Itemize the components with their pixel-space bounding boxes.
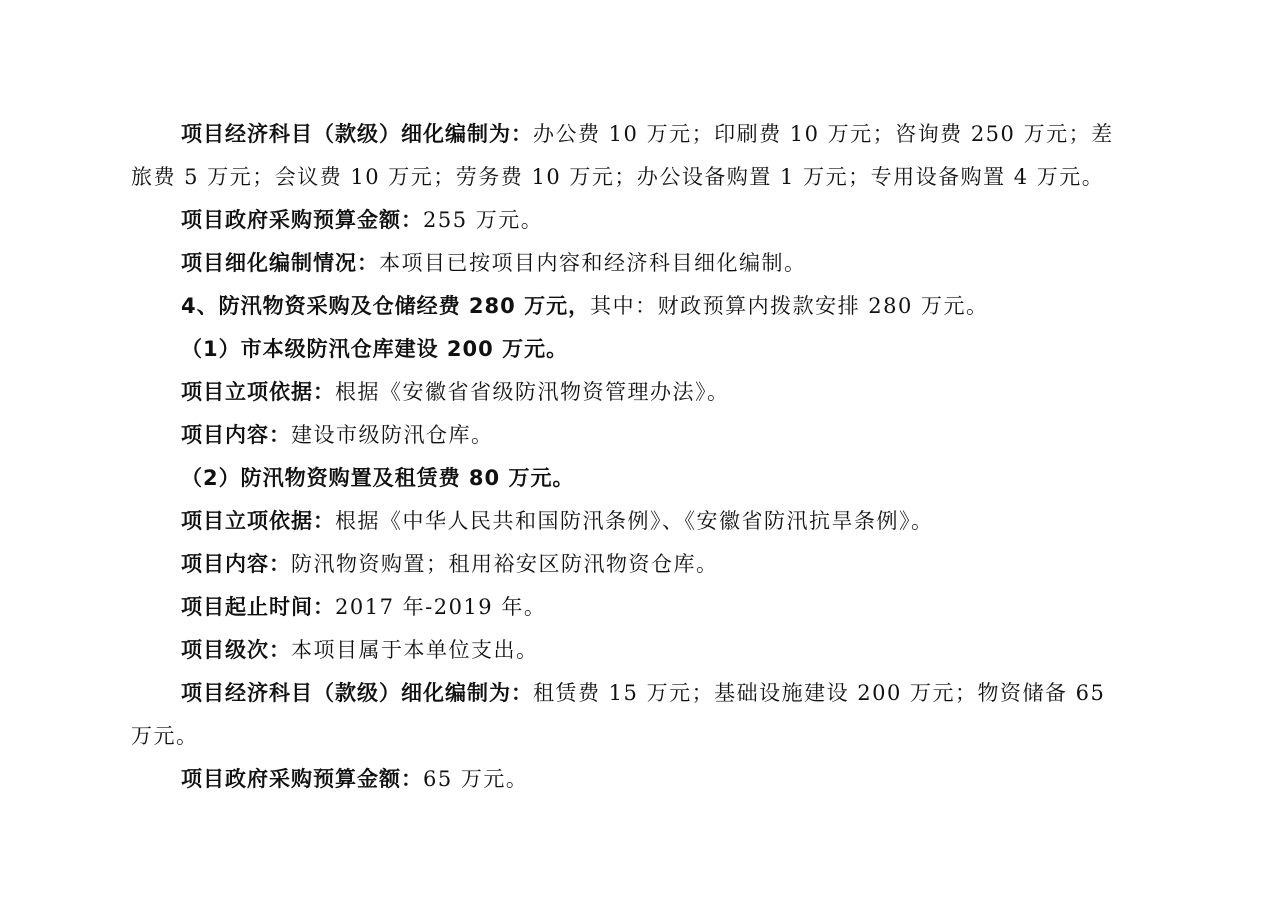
subsection-heading: （1）市本级防汛仓库建设 200 万元。 bbox=[181, 337, 568, 361]
basis-paragraph-2: 项目立项依据：根据《中华人民共和国防汛条例》、《安徽省防汛抗旱条例》。 bbox=[181, 506, 934, 536]
section-heading: 4、防汛物资采购及仓储经费 280 万元， bbox=[181, 294, 590, 318]
subsection-heading: （2）防汛物资购置及租赁费 80 万元。 bbox=[181, 466, 574, 490]
detail-status-paragraph: 项目细化编制情况：本项目已按项目内容和经济科目细化编制。 bbox=[181, 248, 807, 278]
paragraph-text: 防汛物资购置；租用裕安区防汛物资仓库。 bbox=[291, 552, 719, 576]
economic-items-paragraph-2-line-1: 项目经济科目（款级）细化编制为：租赁费 15 万元；基础设施建设 200 万元；… bbox=[181, 678, 1105, 708]
paragraph-text: 办公费 10 万元；印刷费 10 万元；咨询费 250 万元；差 bbox=[533, 122, 1114, 146]
period-paragraph: 项目起止时间：2017 年-2019 年。 bbox=[181, 592, 546, 622]
paragraph-text: 其中：财政预算内拨款安排 280 万元。 bbox=[590, 294, 988, 318]
paragraph-text: 万元。 bbox=[131, 724, 199, 748]
paragraph-text: 建设市级防汛仓库。 bbox=[291, 423, 494, 447]
paragraph-label: 项目细化编制情况： bbox=[181, 251, 379, 275]
paragraph-label: 项目内容： bbox=[181, 552, 291, 576]
paragraph-label: 项目立项依据： bbox=[181, 509, 335, 533]
paragraph-label: 项目级次： bbox=[181, 638, 291, 662]
procurement-budget-paragraph-2: 项目政府采购预算金额：65 万元。 bbox=[181, 764, 528, 794]
paragraph-text: 旅费 5 万元；会议费 10 万元；劳务费 10 万元；办公设备购置 1 万元；… bbox=[131, 165, 1104, 189]
subsection-1-heading: （1）市本级防汛仓库建设 200 万元。 bbox=[181, 334, 568, 364]
paragraph-text: 本项目属于本单位支出。 bbox=[291, 638, 539, 662]
paragraph-text: 255 万元。 bbox=[423, 208, 543, 232]
paragraph-text: 根据《中华人民共和国防汛条例》、《安徽省防汛抗旱条例》。 bbox=[335, 509, 934, 533]
paragraph-label: 项目起止时间： bbox=[181, 595, 335, 619]
level-paragraph: 项目级次：本项目属于本单位支出。 bbox=[181, 635, 539, 665]
content-paragraph-1: 项目内容：建设市级防汛仓库。 bbox=[181, 420, 494, 450]
paragraph-text: 本项目已按项目内容和经济科目细化编制。 bbox=[379, 251, 807, 275]
document-page: 项目经济科目（款级）细化编制为：办公费 10 万元；印刷费 10 万元；咨询费 … bbox=[0, 0, 1280, 905]
subsection-2-heading: （2）防汛物资购置及租赁费 80 万元。 bbox=[181, 463, 574, 493]
economic-items-paragraph-1-line-2: 旅费 5 万元；会议费 10 万元；劳务费 10 万元；办公设备购置 1 万元；… bbox=[131, 162, 1104, 192]
paragraph-label: 项目政府采购预算金额： bbox=[181, 767, 423, 791]
content-paragraph-2: 项目内容：防汛物资购置；租用裕安区防汛物资仓库。 bbox=[181, 549, 719, 579]
paragraph-text: 2017 年-2019 年。 bbox=[335, 595, 546, 619]
basis-paragraph-1: 项目立项依据：根据《安徽省省级防汛物资管理办法》。 bbox=[181, 377, 730, 407]
economic-items-paragraph-1-line-1: 项目经济科目（款级）细化编制为：办公费 10 万元；印刷费 10 万元；咨询费 … bbox=[181, 119, 1114, 149]
economic-items-paragraph-2-line-2: 万元。 bbox=[131, 721, 199, 751]
procurement-budget-paragraph-1: 项目政府采购预算金额：255 万元。 bbox=[181, 205, 543, 235]
paragraph-label: 项目立项依据： bbox=[181, 380, 335, 404]
paragraph-label: 项目内容： bbox=[181, 423, 291, 447]
paragraph-text: 根据《安徽省省级防汛物资管理办法》。 bbox=[335, 380, 730, 404]
paragraph-label: 项目经济科目（款级）细化编制为： bbox=[181, 681, 533, 705]
paragraph-label: 项目经济科目（款级）细化编制为： bbox=[181, 122, 533, 146]
section-4-heading: 4、防汛物资采购及仓储经费 280 万元，其中：财政预算内拨款安排 280 万元… bbox=[181, 291, 989, 321]
paragraph-text: 65 万元。 bbox=[423, 767, 528, 791]
paragraph-label: 项目政府采购预算金额： bbox=[181, 208, 423, 232]
paragraph-text: 租赁费 15 万元；基础设施建设 200 万元；物资储备 65 bbox=[533, 681, 1105, 705]
